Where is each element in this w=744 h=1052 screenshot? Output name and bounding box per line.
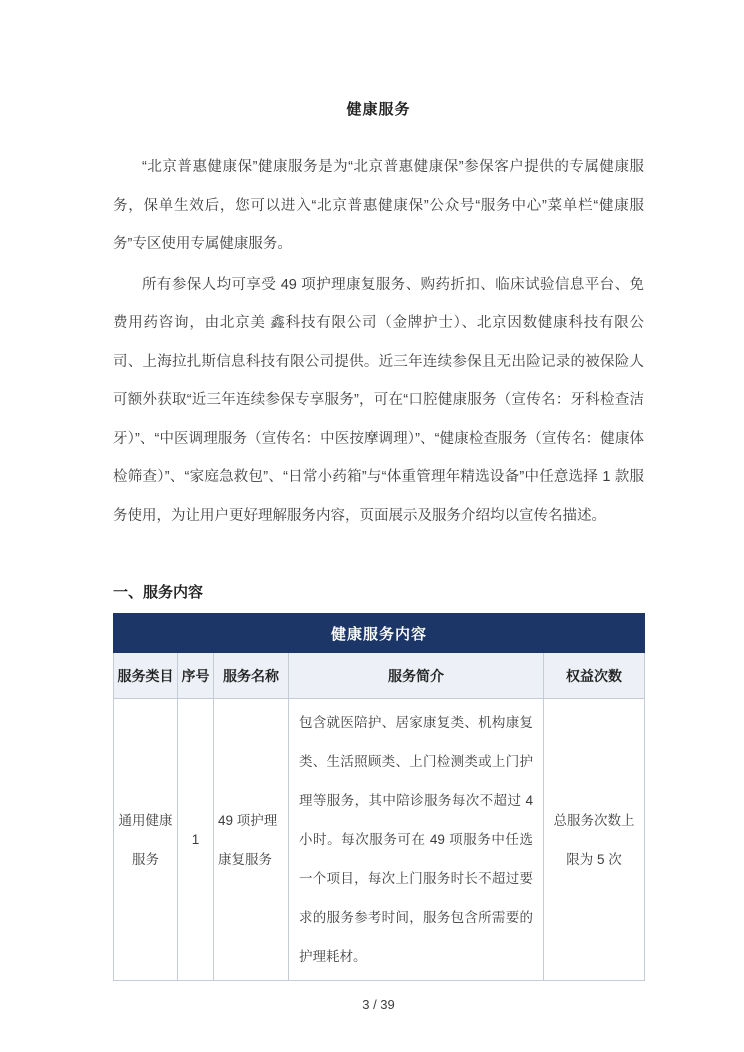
table-title: 健康服务内容 [114,614,645,653]
paragraph-services-overview: 所有参保人均可享受 49 项护理康复服务、购药折扣、临床试验信息平台、免费用药咨… [113,266,644,536]
cell-service-category: 通用健康服务 [114,699,178,981]
document-page: 健康服务 “北京普惠健康保”健康服务是为“北京普惠健康保”参保客户提供的专属健康… [0,0,744,1052]
col-header-service-category: 服务类目 [114,653,178,699]
col-header-benefit-times: 权益次数 [544,653,645,699]
document-title: 健康服务 [113,100,644,120]
cell-service-intro: 包含就医陪护、居家康复类、机构康复类、生活照顾类、上门检测类或上门护理等服务，其… [289,699,544,981]
col-header-service-name: 服务名称 [214,653,289,699]
document-content: 健康服务 “北京普惠健康保”健康服务是为“北京普惠健康保”参保客户提供的专属健康… [113,0,644,1012]
col-header-service-intro: 服务简介 [289,653,544,699]
table-title-row: 健康服务内容 [114,614,645,653]
cell-service-name: 49 项护理康复服务 [214,699,289,981]
col-header-serial-number: 序号 [178,653,214,699]
page-number: 3 / 39 [113,997,644,1012]
paragraph-intro: “北京普惠健康保”健康服务是为“北京普惠健康保”参保客户提供的专属健康服务，保单… [113,148,644,264]
health-services-table: 健康服务内容 服务类目 序号 服务名称 服务简介 权益次数 通用健康服务 1 4… [113,613,645,981]
table-header-row: 服务类目 序号 服务名称 服务简介 权益次数 [114,653,645,699]
cell-benefit-times: 总服务次数上限为 5 次 [544,699,645,981]
cell-serial-number: 1 [178,699,214,981]
table-row: 通用健康服务 1 49 项护理康复服务 包含就医陪护、居家康复类、机构康复类、生… [114,699,645,981]
section-heading-service-content: 一、服务内容 [113,583,644,603]
